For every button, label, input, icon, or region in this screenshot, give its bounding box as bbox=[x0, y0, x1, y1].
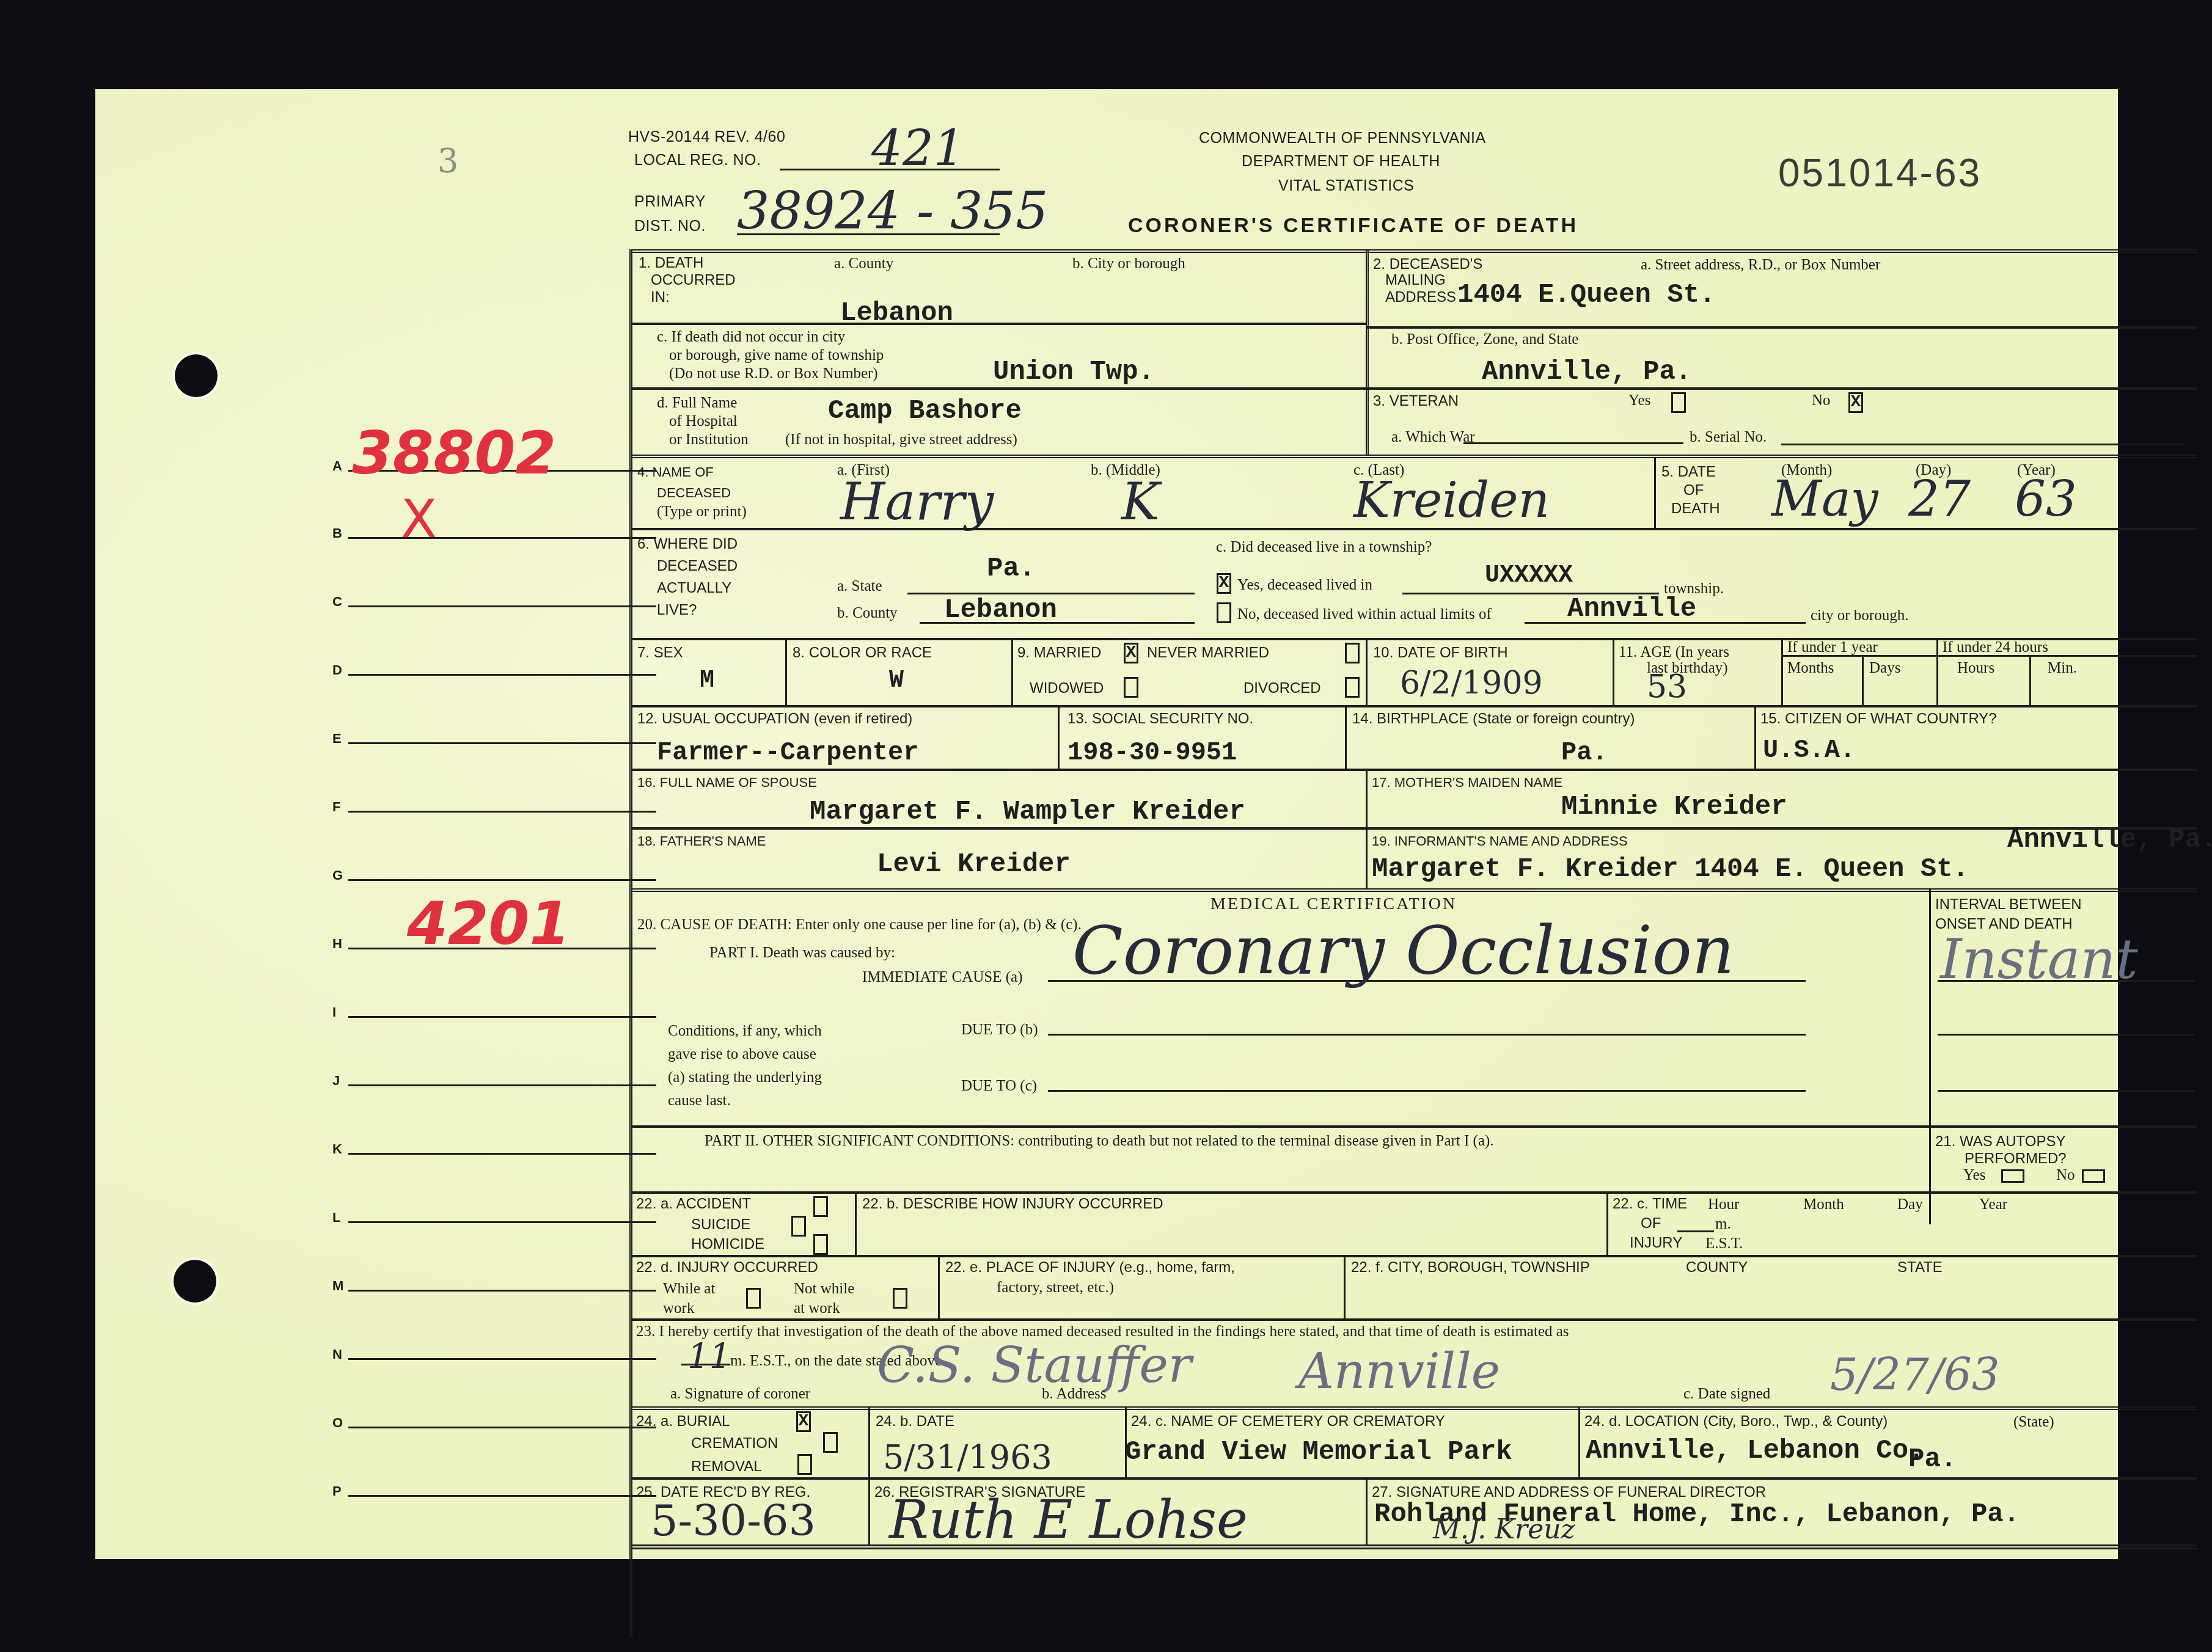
autopsy-no-checkbox[interactable] bbox=[2082, 1169, 2105, 1183]
s19-label: 19. INFORMANT'S NAME AND ADDRESS bbox=[1372, 832, 1628, 850]
margin-row-j: J bbox=[332, 1064, 656, 1089]
page-title: CORONER'S CERTIFICATE OF DEATH bbox=[1128, 214, 1578, 238]
s14-label: 14. BIRTHPLACE (State or foreign country… bbox=[1352, 710, 1635, 728]
deceased-last-name[interactable]: Kreiden bbox=[1353, 472, 1550, 528]
s24c-label: 24. c. NAME OF CEMETERY OR CREMATORY bbox=[1131, 1413, 1445, 1431]
s24a-label: 24. a. BURIAL bbox=[636, 1413, 730, 1431]
dist-label: DIST. NO. bbox=[634, 217, 706, 235]
sex-value[interactable]: M bbox=[700, 667, 714, 695]
burial-location[interactable]: Annville, Lebanon Co. bbox=[1586, 1436, 1925, 1466]
time-of-death[interactable]: 11 bbox=[687, 1337, 731, 1376]
veteran-yes-checkbox[interactable] bbox=[1671, 392, 1686, 413]
margin-row-k: K bbox=[332, 1133, 656, 1157]
funeral-director-signature[interactable]: M.J. Kreuz bbox=[1433, 1514, 1575, 1545]
veteran-no-checkbox[interactable]: X bbox=[1848, 392, 1863, 413]
cemetery-name[interactable]: Grand View Memorial Park bbox=[1125, 1437, 1512, 1467]
s3-label: 3. VETERAN bbox=[1373, 392, 1459, 411]
never-married-checkbox[interactable] bbox=[1345, 643, 1360, 663]
agency-line-2: DEPARTMENT OF HEALTH bbox=[1242, 153, 1440, 170]
s13-label: 13. SOCIAL SECURITY NO. bbox=[1068, 710, 1253, 728]
not-while-at-work-checkbox[interactable] bbox=[893, 1288, 907, 1309]
ssn-value[interactable]: 198-30-9951 bbox=[1068, 738, 1237, 767]
removal-checkbox[interactable] bbox=[797, 1454, 812, 1475]
citizenship-value[interactable]: U.S.A. bbox=[1763, 736, 1855, 765]
informant-name-address[interactable]: Margaret F. Kreider 1404 E. Queen St. bbox=[1372, 854, 1969, 885]
interval-value[interactable]: Instant bbox=[1940, 927, 2138, 992]
burial-date[interactable]: 5/31/1963 bbox=[883, 1438, 1052, 1477]
burial-checkbox[interactable]: X bbox=[796, 1411, 811, 1432]
s22d-label: 22. d. INJURY OCCURRED bbox=[636, 1259, 818, 1277]
coroner-address[interactable]: Annville bbox=[1298, 1343, 1500, 1400]
red-annotation-h: 4201 bbox=[407, 890, 570, 958]
death-year[interactable]: 63 bbox=[2015, 470, 2077, 527]
immediate-cause[interactable]: Coronary Occlusion bbox=[1072, 913, 1734, 989]
divorced-checkbox[interactable] bbox=[1345, 677, 1360, 698]
married-checkbox[interactable]: X bbox=[1124, 643, 1138, 663]
lived-in-township-yes-checkbox[interactable]: X bbox=[1217, 573, 1231, 594]
margin-row-c: C bbox=[332, 585, 656, 610]
local-reg-value: 421 bbox=[871, 120, 965, 177]
part2-label: PART II. OTHER SIGNIFICANT CONDITIONS: c… bbox=[705, 1131, 1494, 1151]
death-hospital[interactable]: Camp Bashore bbox=[828, 396, 1022, 426]
form-id: HVS-20144 REV. 4/60 bbox=[628, 128, 785, 146]
s10-label: 10. DATE OF BIRTH bbox=[1373, 644, 1508, 662]
spouse-name[interactable]: Margaret F. Wampler Kreider bbox=[810, 797, 1245, 827]
s22f-label: 22. f. CITY, BOROUGH, TOWNSHIP bbox=[1351, 1259, 1590, 1277]
death-month[interactable]: May bbox=[1771, 470, 1878, 527]
coroner-signature[interactable]: C.S. Stauffer bbox=[877, 1337, 1192, 1394]
margin-row-e: E bbox=[332, 722, 656, 747]
s22b-label: 22. b. DESCRIBE HOW INJURY OCCURRED bbox=[862, 1195, 1163, 1213]
interval-label: INTERVAL BETWEEN bbox=[1935, 896, 2082, 914]
margin-row-f: F bbox=[332, 791, 656, 815]
birthplace-value[interactable]: Pa. bbox=[1561, 738, 1608, 767]
residence-state[interactable]: Pa. bbox=[987, 554, 1035, 584]
s22a-label: 22. a. ACCIDENT bbox=[636, 1195, 751, 1213]
dist-value: 38924 - 355 bbox=[737, 181, 1048, 241]
red-annotation-a: 38802 bbox=[352, 419, 556, 488]
date-received[interactable]: 5-30-63 bbox=[651, 1496, 816, 1546]
s5-label: 5. DATE bbox=[1661, 463, 1716, 481]
while-at-work-checkbox[interactable] bbox=[746, 1288, 761, 1309]
autopsy-label: 21. WAS AUTOPSY bbox=[1935, 1133, 2065, 1151]
mother-maiden-name[interactable]: Minnie Kreider bbox=[1561, 792, 1787, 822]
margin-row-l: L bbox=[332, 1201, 656, 1226]
margin-row-i: I bbox=[332, 996, 656, 1020]
primary-label: PRIMARY bbox=[634, 193, 706, 211]
deceased-middle-name[interactable]: K bbox=[1121, 472, 1160, 532]
s4-label: 4. NAME OF bbox=[637, 463, 714, 481]
margin-row-d: D bbox=[332, 654, 656, 678]
burial-state[interactable]: Pa. bbox=[1908, 1444, 1957, 1475]
date-signed[interactable]: 5/27/63 bbox=[1830, 1349, 2000, 1400]
residence-county[interactable]: Lebanon bbox=[944, 595, 1057, 626]
mailing-post-office[interactable]: Annville, Pa. bbox=[1482, 357, 1691, 387]
s16-label: 16. FULL NAME OF SPOUSE bbox=[637, 773, 817, 792]
registrar-signature[interactable]: Ruth E Lohse bbox=[889, 1489, 1248, 1551]
lived-in-city-no-checkbox[interactable] bbox=[1217, 602, 1231, 623]
race-value[interactable]: W bbox=[889, 667, 904, 695]
death-township[interactable]: Union Twp. bbox=[993, 357, 1154, 387]
s1-label: 1. DEATH bbox=[639, 254, 703, 272]
margin-row-b: B bbox=[332, 517, 656, 541]
deceased-first-name[interactable]: Harry bbox=[840, 472, 994, 532]
s6-label: 6. WHERE DID bbox=[637, 535, 738, 554]
s17-label: 17. MOTHER'S MAIDEN NAME bbox=[1372, 773, 1562, 792]
s8-label: 8. COLOR OR RACE bbox=[793, 644, 932, 662]
residence-city[interactable]: Annville bbox=[1567, 594, 1696, 624]
autopsy-yes-checkbox[interactable] bbox=[2001, 1169, 2024, 1183]
s15-label: 15. CITIZEN OF WHAT COUNTRY? bbox=[1760, 710, 1997, 728]
binder-hole bbox=[175, 354, 218, 397]
s7-label: 7. SEX bbox=[637, 644, 683, 662]
age-value[interactable]: 53 bbox=[1647, 668, 1687, 705]
birth-date[interactable]: 6/2/1909 bbox=[1400, 665, 1543, 701]
homicide-checkbox[interactable] bbox=[813, 1234, 828, 1255]
agency-line-3: VITAL STATISTICS bbox=[1278, 177, 1414, 195]
widowed-checkbox[interactable] bbox=[1124, 677, 1138, 698]
red-annotation-b: X bbox=[401, 489, 437, 550]
occupation-value[interactable]: Farmer--Carpenter bbox=[657, 738, 918, 767]
margin-row-n: N bbox=[332, 1338, 656, 1362]
s24d-label: 24. d. LOCATION (City, Boro., Twp., & Co… bbox=[1584, 1413, 1888, 1431]
pencil-mark: 3 bbox=[438, 142, 458, 180]
agency-line-1: COMMONWEALTH OF PENNSYLVANIA bbox=[1199, 130, 1486, 147]
mailing-street[interactable]: 1404 E.Queen St. bbox=[1457, 280, 1715, 310]
accident-checkbox[interactable] bbox=[813, 1196, 828, 1217]
s18-label: 18. FATHER'S NAME bbox=[637, 832, 766, 850]
residence-township[interactable]: UXXXXX bbox=[1485, 562, 1573, 590]
s22c-label: 22. c. TIME bbox=[1613, 1195, 1687, 1213]
certificate-form: 1. DEATH OCCURRED IN: a. County Lebanon … bbox=[629, 249, 2197, 1637]
medical-certification-title: MEDICAL CERTIFICATION bbox=[1210, 894, 1457, 914]
certificate-paper: 3 A B C D E F G H I J K L M N O P 38802 … bbox=[95, 89, 2118, 1559]
binder-hole bbox=[174, 1260, 216, 1303]
s24b-label: 24. b. DATE bbox=[876, 1413, 954, 1431]
s22e-label: 22. e. PLACE OF INJURY (e.g., home, farm… bbox=[945, 1259, 1235, 1277]
father-name[interactable]: Levi Kreider bbox=[877, 849, 1071, 880]
cremation-checkbox[interactable] bbox=[823, 1432, 838, 1453]
informant-city[interactable]: Annville, Pa. bbox=[2007, 825, 2212, 855]
state-file-number: 051014-63 bbox=[1778, 150, 1982, 196]
margin-row-m: M bbox=[332, 1270, 656, 1294]
s20-label: 20. CAUSE OF DEATH: Enter only one cause… bbox=[637, 915, 1082, 935]
s12-label: 12. USUAL OCCUPATION (even if retired) bbox=[637, 710, 912, 728]
local-reg-label: LOCAL REG. NO. bbox=[634, 152, 761, 169]
death-day[interactable]: 27 bbox=[1908, 470, 1971, 527]
suicide-checkbox[interactable] bbox=[791, 1216, 806, 1237]
margin-row-p: P bbox=[332, 1475, 656, 1499]
margin-row-g: G bbox=[332, 859, 656, 883]
margin-row-o: O bbox=[332, 1406, 656, 1431]
